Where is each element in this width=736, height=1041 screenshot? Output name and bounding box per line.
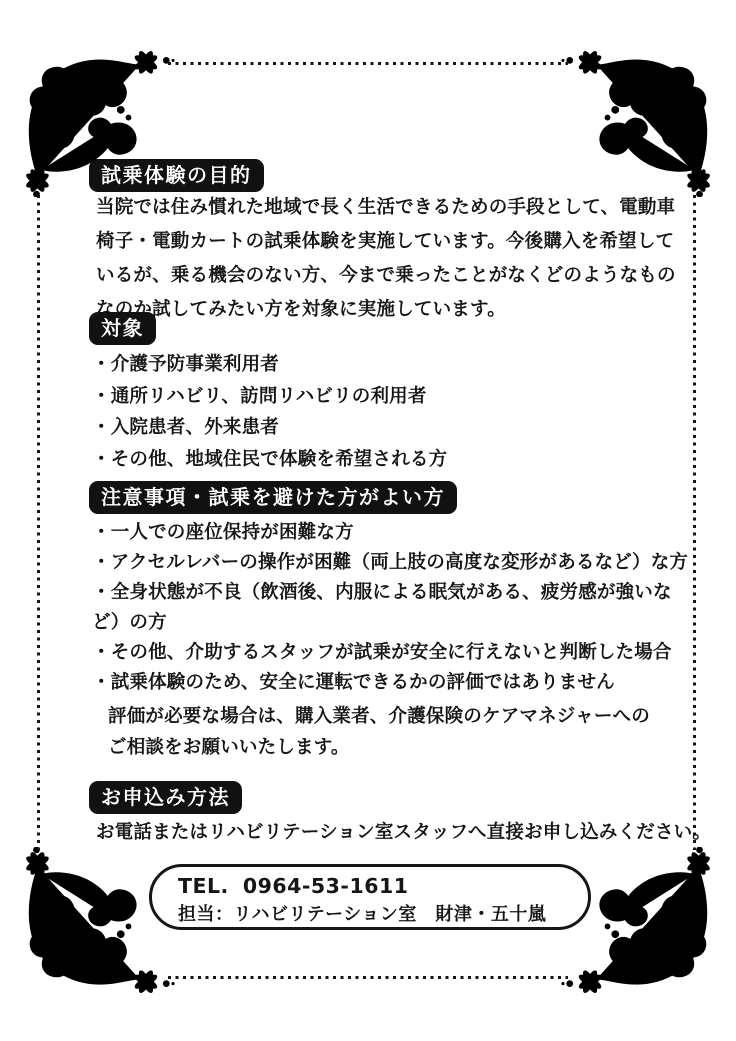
tel-number: 0964-53-1611 [243, 874, 409, 898]
caution-item: ・その他、介助するスタッフが試乗が安全に行えないと判断した場合 [92, 638, 696, 668]
contact-box: TEL.0964-53-1611 担当：リハビリテーション室 財津・五十嵐 [149, 864, 591, 930]
dotted-border-top [168, 62, 568, 65]
flyer-page: { "page": { "background": "#ffffff", "in… [0, 0, 736, 1041]
corner-ornament-bottom-left [20, 847, 175, 1002]
caution-item: ・全身状態が不良（飲酒後、内服による眠気がある、疲労感が強いな ど）の方 [92, 578, 696, 638]
target-list: ・介護予防事業利用者 ・通所リハビリ、訪問リハビリの利用者 ・入院患者、外来患者… [92, 349, 692, 475]
apply-text: お電話またはリハビリテーション室スタッフへ直接お申し込みください。 [96, 818, 716, 848]
heading-badge-target: 対象 [89, 312, 156, 345]
target-item: ・その他、地域住民で体験を希望される方 [92, 444, 692, 476]
corner-ornament-top-right [561, 42, 716, 197]
dotted-border-left [37, 195, 40, 850]
caution-item: ・一人での座位保持が困難な方 [92, 518, 696, 548]
staff-line: 担当：リハビリテーション室 財津・五十嵐 [178, 900, 588, 926]
target-item: ・入院患者、外来患者 [92, 412, 692, 444]
heading-badge-apply: お申込み方法 [89, 781, 242, 814]
target-item: ・介護予防事業利用者 [92, 349, 692, 381]
heading-badge-cautions: 注意事項・試乗を避けた方がよい方 [89, 481, 457, 514]
target-item: ・通所リハビリ、訪問リハビリの利用者 [92, 381, 692, 413]
caution-item: ・試乗体験のため、安全に運転できるかの評価ではありません [92, 668, 696, 698]
cautions-list: ・一人での座位保持が困難な方 ・アクセルレバーの操作が困難（両上肢の高度な変形が… [92, 518, 696, 698]
dotted-border-bottom [168, 976, 568, 979]
caution-item: ・アクセルレバーの操作が困難（両上肢の高度な変形があるなど）な方 [92, 548, 696, 578]
purpose-text: 当院では住み慣れた地域で長く生活できるための手段として、電動車 椅子・電動カート… [96, 191, 696, 327]
evaluation-note: 評価が必要な場合は、購入業者、介護保険のケアマネジャーへの ご相談をお願いいたし… [108, 701, 668, 763]
tel-label: TEL. [178, 874, 229, 898]
phone-line: TEL.0964-53-1611 [178, 874, 588, 898]
heading-badge-purpose: 試乗体験の目的 [89, 159, 264, 192]
